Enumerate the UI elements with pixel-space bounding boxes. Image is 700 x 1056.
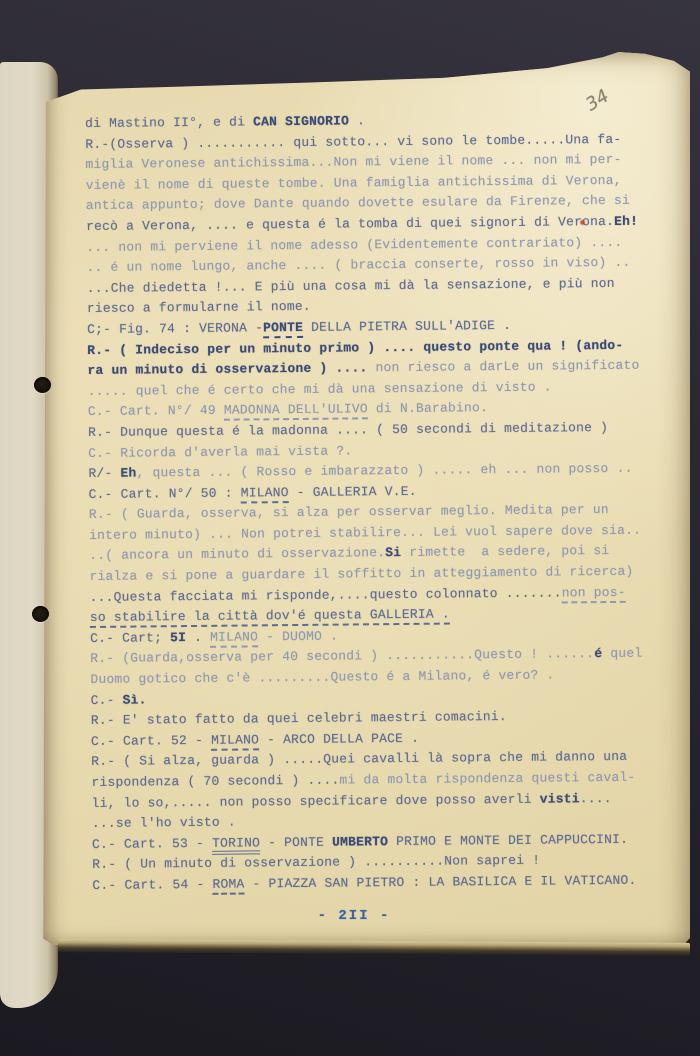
text-segment: 5I <box>170 630 186 645</box>
text-segment: .... <box>580 791 612 806</box>
text-segment: C.- Ricorda d'averla mai vista ?. <box>88 443 352 461</box>
text-segment: rimette a sedere, poi si <box>401 543 609 560</box>
text-segment: visti <box>540 791 580 806</box>
text-segment: C.- Cart; <box>90 630 170 646</box>
text-segment: R.- (Guarda,osserva per 40 secondi ) ...… <box>90 647 594 667</box>
text-segment: R.- ( Un minuto di osservazione ) ......… <box>92 853 540 872</box>
text-segment: MILANO <box>210 629 258 647</box>
text-segment: CAN SIGNORIO <box>253 113 349 129</box>
text-segment: ra un minuto di osservazione ) .... <box>87 360 367 378</box>
text-segment: li, lo so,..... non posso specificare do… <box>92 791 540 810</box>
text-segment: di N.Barabino. <box>368 400 488 416</box>
text-segment: R.- ( Guarda, osserva, si alza per osser… <box>89 502 609 522</box>
text-segment: Sì. <box>123 692 147 707</box>
text-segment: Eh! <box>614 214 638 229</box>
text-segment: MILANO <box>211 732 259 750</box>
text-segment: ...se l'ho visto . <box>92 815 236 831</box>
punch-hole-bottom <box>32 606 49 622</box>
text-segment: ...Questa facciata mi risponde,....quest… <box>90 585 562 605</box>
text-segment: R.- Dunque questa é la madonna .... ( 50… <box>88 420 608 440</box>
text-segment: R.- ( Indeciso per un minuto primo ) ...… <box>87 337 623 357</box>
page-number-footer: - 2II - <box>254 908 454 924</box>
text-segment: - DUOMO . <box>258 628 338 644</box>
red-ink-speck <box>580 220 585 225</box>
text-segment: C.- Cart. 53 - <box>92 836 212 852</box>
text-segment: R.- ( Si alza, guarda ) .....Quei cavall… <box>91 749 627 769</box>
text-segment: riesco a formularne il nome. <box>87 299 311 316</box>
text-segment: - GALLERIA V.E. <box>289 484 417 500</box>
text-segment: C;- Fig. 74 : VERONA - <box>87 320 263 337</box>
page-stack-bottom-edge <box>58 939 690 956</box>
text-segment: C.- Cart. N°/ 49 <box>88 403 224 419</box>
text-segment: C.- <box>91 692 123 707</box>
text-segment: recò a Verona, .... e questa é la tomba … <box>86 214 614 234</box>
text-segment: quel <box>602 646 642 661</box>
text-segment: .. é un nome lungo, anche .... ( braccia… <box>86 255 630 275</box>
text-segment: ...Che diedetta !... E più una cosa mi d… <box>87 276 615 296</box>
text-segment: DELLA PIETRA SULL'ADIGE . <box>303 318 511 335</box>
text-segment: MILANO <box>241 485 289 503</box>
punch-hole-top <box>34 377 51 393</box>
text-segment: ..( ancora un minuto di osservazione. <box>89 546 385 564</box>
text-segment: - ARCO DELLA PACE . <box>259 731 419 748</box>
text-segment: ... non mi perviene il nome adesso (Evid… <box>86 234 622 254</box>
text-segment: PRIMO E MONTE DEI CAPPUCCINI. <box>388 832 628 849</box>
text-segment: UMBERTO <box>332 834 388 850</box>
text-segment: Si <box>385 545 401 560</box>
text-segment: di Mastino II°, e di <box>85 114 253 131</box>
text-segment: PONTE <box>263 320 303 338</box>
text-segment: TORINO <box>212 835 260 854</box>
text-segment: ..... quel che é certo che mi dà una sen… <box>88 379 552 398</box>
text-segment: so stabilire la città dov'é questa GALLE… <box>90 607 450 628</box>
text-segment: R/- <box>88 466 120 481</box>
text-segment: C.- Cart. 54 - <box>92 877 212 893</box>
text-segment: ROMA <box>212 876 244 894</box>
text-segment: R.-(Osserva ) ........... qui sotto... v… <box>85 131 621 151</box>
typescript-paper-sheet: di Mastino II°, e di CAN SIGNORIO .R.-(O… <box>42 52 690 945</box>
text-segment: , questa ... ( Rosso e imbarazzato ) ...… <box>136 461 632 481</box>
text-segment: . <box>186 630 210 645</box>
photo-of-typescript-page: { "page": { "handwritten_number": "34", … <box>0 0 700 1056</box>
text-segment: Duomo gotico che c'è .........Questo é a… <box>90 668 554 687</box>
text-segment: C.- Cart. N°/ 50 : <box>89 485 241 501</box>
text-segment: non riesco a darLe un significato <box>367 358 639 376</box>
text-segment: mi da molta rispondenza questi caval- <box>339 770 635 788</box>
text-segment: Eh <box>120 466 136 481</box>
text-segment: R.- E' stato fatto da quei celebri maest… <box>91 709 507 728</box>
typed-text: di Mastino II°, e di CAN SIGNORIO .R.-(O… <box>85 109 654 897</box>
text-segment: C.- Cart. 52 - <box>91 733 211 749</box>
text-segment: - PIAZZA SAN PIETRO : LA BASILICA E IL V… <box>244 873 636 892</box>
text-segment: - PONTE <box>260 834 332 850</box>
text-line: C.- Cart. 54 - ROMA - PIAZZA SAN PIETRO … <box>92 871 654 897</box>
text-segment: rispondenza ( 70 secondi ) .... <box>91 773 339 790</box>
text-segment: vienè il nome di queste tombe. Una famig… <box>86 173 622 193</box>
text-segment: non pos- <box>562 585 626 604</box>
text-segment: antica appunto; dove Dante quando dovett… <box>86 193 630 213</box>
text-segment: rialza e si pone a guardare il soffitto … <box>89 564 633 584</box>
text-segment: MADONNA DELL'ULIVO <box>224 402 368 421</box>
text-segment: . <box>349 113 365 128</box>
text-segment: miglia Veronese antichissima...Non mi vi… <box>85 152 621 172</box>
text-segment: intero minuto) ... Non potrei stabilire.… <box>89 523 641 543</box>
